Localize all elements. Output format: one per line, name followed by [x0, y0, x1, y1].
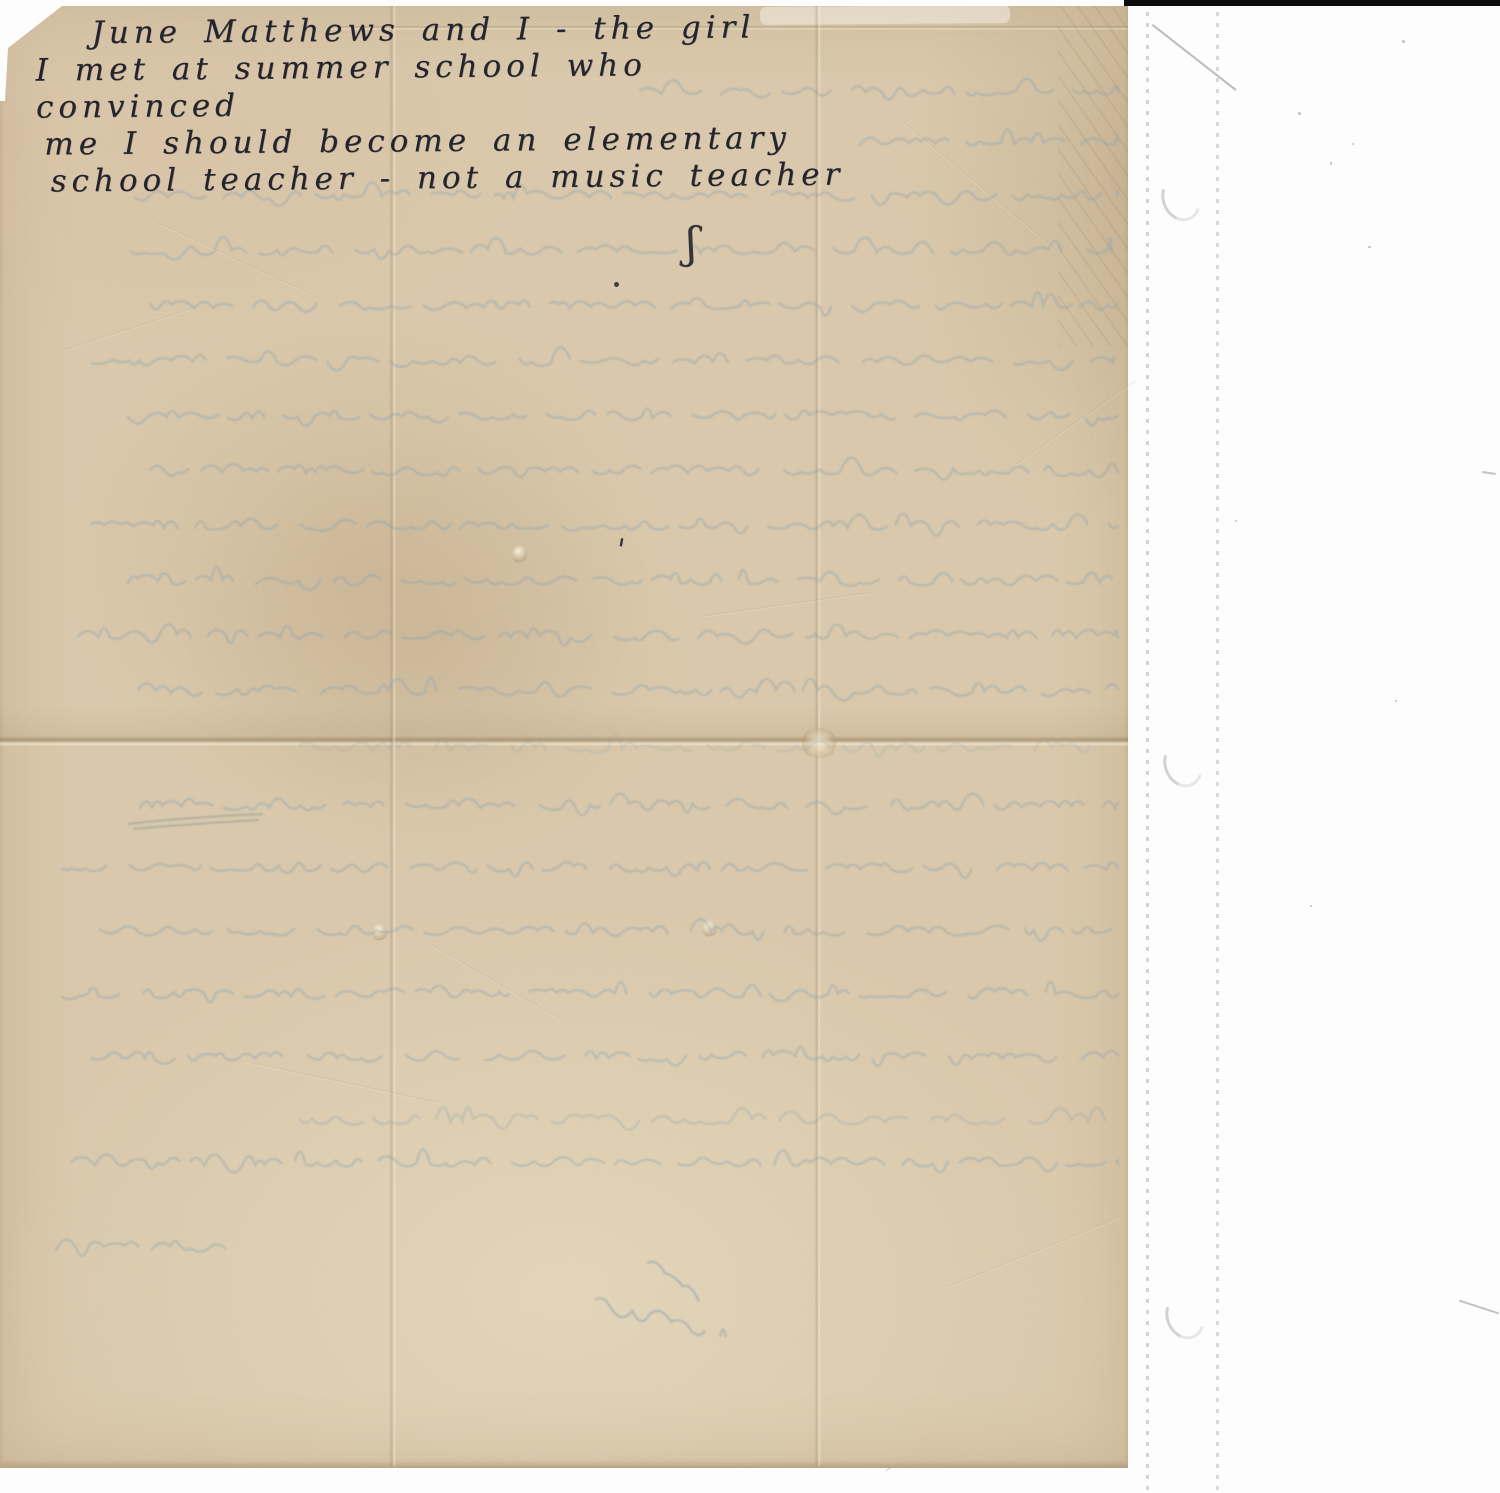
scanner-edge-bar	[1124, 0, 1500, 6]
horizontal-fold-crease	[0, 736, 1128, 746]
sleeve-corner-crease	[1152, 24, 1237, 91]
dust-speck	[1395, 700, 1397, 702]
scan-artifact-line	[1459, 1300, 1500, 1315]
annotation-line: June Matthews and I - the girl	[91, 8, 865, 52]
right-edge-wrinkles	[1058, 6, 1128, 346]
paper-dimple	[372, 924, 387, 941]
dust-speck	[1368, 246, 1371, 248]
sleeve-stitch-line-right	[1216, 12, 1219, 1493]
wrinkle-line	[701, 592, 870, 618]
wrinkle-line	[63, 306, 197, 351]
punch-hole-mark-bottom	[1158, 1288, 1211, 1345]
dust-speck	[1235, 520, 1237, 522]
sleeve-stitch-line-left	[1146, 12, 1149, 1493]
vertical-fold-crease-left	[389, 6, 396, 1466]
punch-hole-mark-top	[1154, 170, 1207, 227]
scan-artifact-line	[1482, 471, 1496, 475]
dust-speck	[1402, 40, 1405, 43]
fold-shadow	[0, 706, 1128, 740]
wrinkle-line	[148, 218, 312, 296]
wrinkle-line	[1004, 380, 1136, 473]
wrinkle-line	[903, 122, 1057, 252]
letter-paper	[0, 6, 1128, 1468]
paper-dimple	[512, 546, 527, 563]
annotation-block: June Matthews and I - the girl I met at …	[35, 8, 867, 200]
dust-speck	[1310, 905, 1312, 907]
annotation-line: school teacher - not a music teacher	[50, 156, 866, 200]
punch-hole-mark-middle	[1156, 736, 1209, 793]
wrinkle-line	[242, 1060, 438, 1104]
dust-speck	[1330, 162, 1332, 165]
dust-speck	[1352, 143, 1354, 145]
annotation-line: I met at summer school who convinced	[36, 45, 867, 126]
fold-intersection-wear	[800, 728, 838, 758]
paper-dimple	[702, 920, 717, 937]
wrinkle-line	[430, 944, 561, 1021]
wrinkle-line	[947, 1215, 1124, 1288]
dust-speck	[1298, 112, 1301, 115]
scanned-letter-page: June Matthews and I - the girl I met at …	[0, 0, 1500, 1493]
